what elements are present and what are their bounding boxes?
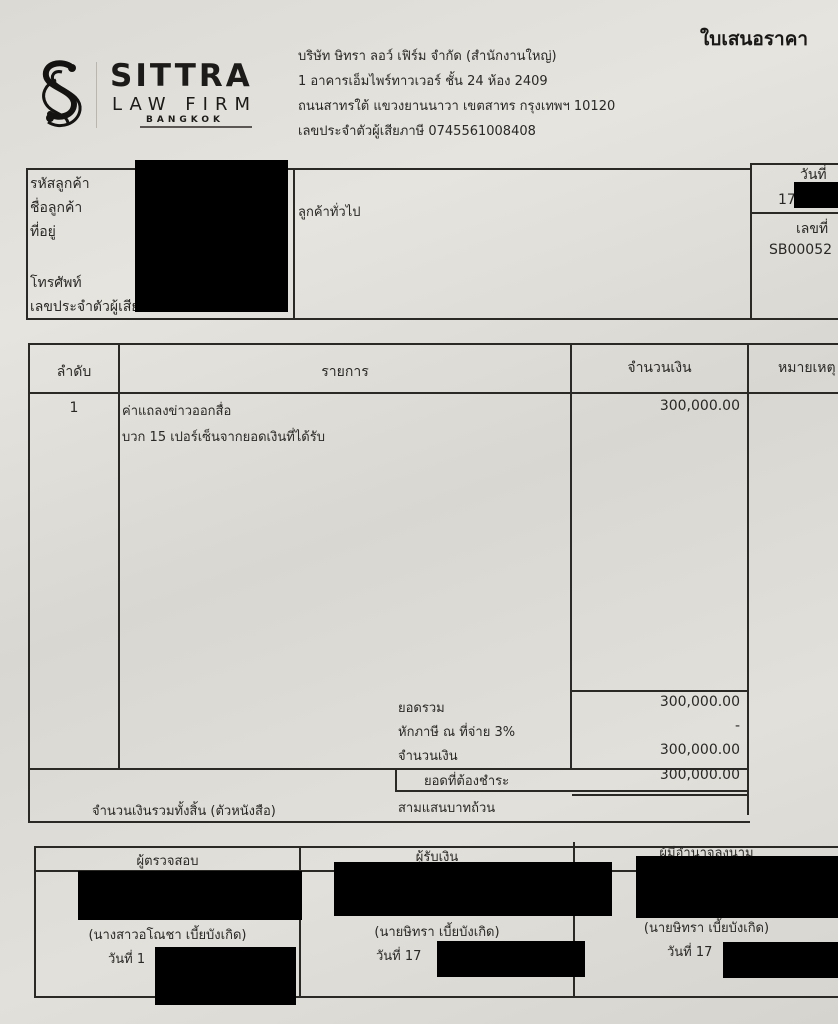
signature-name-authorized: (นายษิทรา เบี้ยบังเกิด) [575,917,838,938]
company-address-2: ถนนสาทรใต้ แขวงยานนาวา เขตสาทร กรุงเทพฯ … [298,94,615,119]
date-box-left [750,163,752,319]
signature-date-authorized: วันที่ 17 [667,941,712,962]
redacted-date-checker [155,947,296,1005]
redacted-signature-authorized [636,856,838,918]
logo-name: SITTRA [110,58,253,94]
label-customer-address: ที่อยู่ [30,221,56,243]
company-tax-id: เลขประจำตัวผู้เสียภาษี 0745561008408 [298,119,615,144]
date-box-divider [750,212,838,214]
doc-number-value: SB00052 [769,242,832,258]
document-title: ใบเสนอราคา [700,24,808,54]
logo-city: BANGKOK [146,115,224,125]
net-amount-value: 300,000.00 [572,742,740,758]
items-table-top [28,343,838,345]
header-description: รายการ [120,361,570,383]
company-address-block: บริษัท ษิทรา ลอว์ เฟิร์ม จำกัด (สำนักงาน… [298,44,615,144]
label-customer-code: รหัสลูกค้า [30,173,90,195]
header-note: หมายเหตุ [778,357,836,379]
redacted-date-receiver [437,941,585,977]
customer-type: ลูกค้าทั่วไป [298,201,361,222]
summary-top-line [572,690,748,692]
due-box-left [395,768,397,792]
customer-box-divider [293,168,295,319]
redacted-customer-info [135,160,288,312]
redacted-signature-checker [78,871,302,920]
company-name: บริษัท ษิทรา ลอว์ เฟิร์ม จำกัด (สำนักงาน… [298,44,615,69]
signature-date-checker: วันที่ 1 [108,948,145,969]
signature-role-checker: ผู้ตรวจสอบ [36,850,299,871]
net-amount-label: จำนวนเงิน [398,745,458,766]
amount-due-value: 300,000.00 [572,767,740,783]
logo-subtitle: LAW FIRM [112,94,257,115]
double-s-logo-icon [32,58,90,132]
company-address-1: 1 อาคารเอ็มไพร์ทาวเวอร์ ชั้น 24 ห้อง 240… [298,69,615,94]
label-customer-phone: โทรศัพท์ [30,272,82,294]
row-description-line-2: บวก 15 เปอร์เซ็นจากยอดเงินที่ได้รับ [122,426,325,447]
amount-in-words-value: สามแสนบาทถ้วน [398,797,495,818]
redacted-signature-receiver [334,862,612,916]
subtotal-value: 300,000.00 [572,694,740,710]
signature-date-receiver: วันที่ 17 [376,945,421,966]
items-col-divider-1 [118,343,120,769]
row-amount: 300,000.00 [572,398,740,414]
withholding-label: หักภาษี ณ ที่จ่าย 3% [398,721,515,742]
row-index: 1 [30,400,118,416]
due-box-underline [572,794,748,796]
subtotal-label: ยอดรวม [398,697,445,718]
redacted-date [794,182,838,208]
label-doc-number: เลขที่ [796,218,828,240]
items-col-divider-3 [747,343,749,815]
signature-name-checker: (นางสาวอโณชา เบี้ยบังเกิด) [36,924,299,945]
customer-box-bottom [26,318,838,320]
header-amount: จำนวนเงิน [572,357,747,379]
items-header-bottom [28,392,838,394]
withholding-value: - [572,718,740,734]
logo-divider [96,62,97,128]
logo-underline [140,126,252,128]
redacted-date-authorized [723,942,838,978]
label-customer-name: ชื่อลูกค้า [30,197,82,219]
items-table-bottom [28,821,750,823]
customer-box-left [26,168,28,319]
amount-in-words-label: จำนวนเงินรวมทั้งสิ้น (ตัวหนังสือ) [92,800,276,821]
row-description-line-1: ค่าแถลงข่าวออกสื่อ [122,400,231,421]
header-index: ลำดับ [30,361,118,383]
signature-name-receiver: (นายษิทรา เบี้ยบังเกิด) [301,921,573,942]
amount-due-label: ยอดที่ต้องชำระ [424,770,509,791]
